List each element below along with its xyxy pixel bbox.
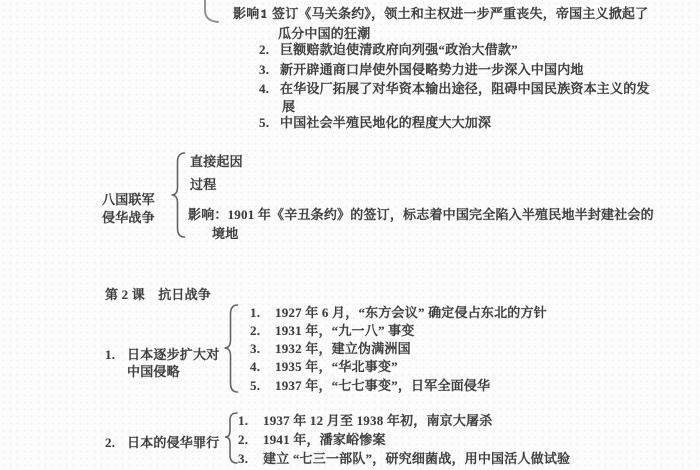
expansion-item-4: 4.1935 年，“华北事变” [250, 360, 398, 374]
item-text: 中国社会半殖民地化的程度大大加深 [280, 115, 491, 130]
item-text: 1937 年 12 月至 1938 年初，南京大屠杀 [263, 413, 492, 428]
item-text: 在华设厂拓展了对华资本输出途径，阻碍中国民族资本主义的发 [280, 81, 650, 96]
item-text: 1932 年，建立伪满洲国 [275, 341, 411, 356]
label-text: 日本的侵华罪行 [127, 435, 219, 450]
eight-nation-process: 过程 [190, 178, 216, 192]
brace-left-icon [170, 152, 187, 238]
clipped-brace-bottom-icon [196, 0, 220, 24]
eight-nation-impact: 影响：1901 年《辛丑条约》的签订，标志着中国完全陷入半殖民地半封建社会的 [188, 208, 654, 222]
item-text: 1927 年 6 月，“东方会议” 确定侵占东北的方针 [275, 305, 547, 320]
impact-item-1-cont: 瓜分中国的狂潮 [278, 27, 370, 41]
item-number: 1. [238, 414, 263, 428]
expansion-item-5: 5.1937 年，“七七事变”，日军全面侵华 [250, 379, 490, 393]
label-number: 2. [105, 436, 127, 450]
item-number: 1 [261, 7, 272, 21]
item-number: 1. [250, 306, 275, 320]
lesson2-heading: 第 2 课 抗日战争 [105, 288, 211, 302]
expansion-label-cont: 中国侵略 [127, 365, 180, 379]
eight-nation-impact-cont: 境地 [212, 227, 238, 241]
label-number: 1. [105, 348, 127, 362]
item-number: 3. [259, 63, 280, 77]
scanned-history-notes-page: 影响： 1签订《马关条约》，领土和主权进一步严重丧失，帝国主义掀起了 瓜分中国的… [0, 0, 700, 470]
item-text: 签订《马关条约》，领土和主权进一步严重丧失，帝国主义掀起了 [272, 6, 648, 21]
impact-item-4-cont: 展 [282, 100, 295, 114]
impact-item-2: 2.巨额赔款迫使清政府向列强“政治大借款” [259, 43, 518, 57]
impact-item-5: 5.中国社会半殖民地化的程度大大加深 [259, 116, 491, 130]
impact-item-1: 1签订《马关条约》，领土和主权进一步严重丧失，帝国主义掀起了 [261, 7, 648, 21]
item-text: 新开辟通商口岸使外国侵略势力进一步深入中国内地 [280, 62, 584, 77]
item-number: 4. [250, 360, 275, 374]
item-number: 3. [250, 342, 275, 356]
label-text: 日本逐步扩大对 [127, 347, 219, 362]
impact-item-3: 3.新开辟通商口岸使外国侵略势力进一步深入中国内地 [259, 63, 584, 77]
item-text: 1931 年，“九一八” 事变 [275, 323, 415, 338]
item-text: 1935 年，“华北事变” [275, 359, 398, 374]
item-text: 1937 年，“七七事变”，日军全面侵华 [275, 378, 490, 393]
brace-left-icon [223, 304, 240, 393]
expansion-label: 1.日本逐步扩大对 [105, 348, 219, 362]
item-number: 5. [259, 116, 280, 130]
item-text: 建立 “七三一部队”，研究细菌战，用中国活人做试验 [263, 451, 570, 466]
brace-left-icon [224, 412, 239, 464]
impact-item-4: 4.在华设厂拓展了对华资本输出途径，阻碍中国民族资本主义的发 [259, 82, 650, 96]
item-number: 2. [259, 43, 280, 57]
item-number: 3. [238, 452, 263, 466]
item-text: 1941 年，潘家峪惨案 [263, 432, 386, 447]
expansion-item-2: 2.1931 年，“九一八” 事变 [250, 324, 415, 338]
crimes-item-3: 3.建立 “七三一部队”，研究细菌战，用中国活人做试验 [238, 452, 570, 466]
expansion-item-3: 3.1932 年，建立伪满洲国 [250, 342, 411, 356]
crimes-item-2: 2.1941 年，潘家峪惨案 [238, 433, 386, 447]
crimes-item-1: 1.1937 年 12 月至 1938 年初，南京大屠杀 [238, 414, 492, 428]
item-text: 巨额赔款迫使清政府向列强“政治大借款” [280, 42, 518, 57]
expansion-item-1: 1.1927 年 6 月，“东方会议” 确定侵占东北的方针 [250, 306, 547, 320]
item-number: 2. [238, 433, 263, 447]
eight-nation-title-line2: 侵华战争 [102, 211, 155, 225]
item-number: 2. [250, 324, 275, 338]
crimes-label: 2.日本的侵华罪行 [105, 436, 219, 450]
item-number: 4. [259, 82, 280, 96]
item-number: 5. [250, 379, 275, 393]
eight-nation-title-line1: 八国联军 [102, 193, 155, 207]
eight-nation-cause: 直接起因 [190, 155, 243, 169]
